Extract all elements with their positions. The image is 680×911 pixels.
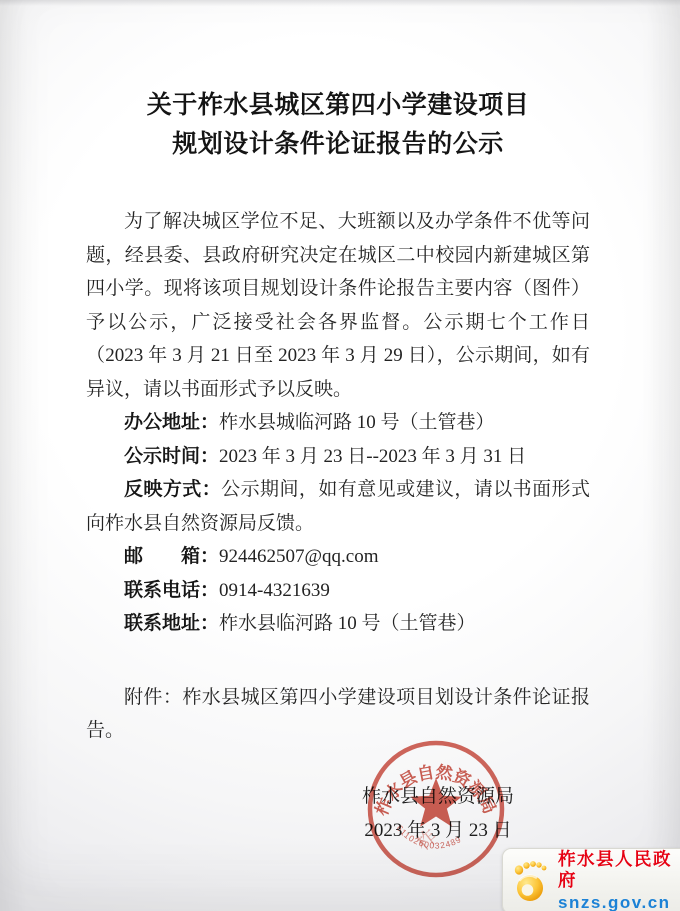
signature-date: 2023 年 3 月 23 日 (350, 814, 526, 848)
contact-address-label: 联系地址： (124, 613, 219, 634)
feedback-method-label: 反映方式： (124, 479, 221, 500)
office-address-value: 柞水县城临河路 10 号（土管巷） (219, 412, 495, 433)
title-line-2: 规划设计条件论证报告的公示 (172, 131, 504, 158)
scanned-notice-page: 关于柞水县城区第四小学建设项目 规划设计条件论证报告的公示 为了解决城区学位不足… (0, 0, 680, 911)
notice-title: 关于柞水县城区第四小学建设项目 规划设计条件论证报告的公示 (86, 86, 590, 164)
badge-site-domain: snzs.gov.cn (558, 892, 680, 911)
email-value: 924462507@qq.com (219, 546, 378, 567)
info-line-office-address: 办公地址：柞水县城临河路 10 号（土管巷） (86, 406, 590, 440)
info-line-feedback-method: 反映方式：公示期间，如有意见或建议，请以书面形式向柞水县自然资源局反馈。 (86, 473, 590, 540)
badge-site-name: 柞水县人民政府 (558, 849, 680, 893)
notice-content: 关于柞水县城区第四小学建设项目 规划设计条件论证报告的公示 为了解决城区学位不足… (0, 86, 680, 748)
phone-label: 联系电话： (124, 580, 219, 601)
title-line-1: 关于柞水县城区第四小学建设项目 (147, 92, 530, 119)
attachment-label: 附件： (124, 687, 182, 708)
signature-block: 柞水县自然资源局 2023 年 3 月 23 日 (350, 780, 526, 848)
info-line-publicity-period: 公示时间：2023 年 3 月 23 日--2023 年 3 月 31 日 (86, 440, 590, 474)
badge-text-block: 柞水县人民政府 snzs.gov.cn (558, 849, 680, 911)
info-line-contact-address: 联系地址：柞水县临河路 10 号（土管巷） (86, 607, 590, 641)
phone-value: 0914-4321639 (219, 580, 330, 601)
attachment-line: 附件：柞水县城区第四小学建设项目划设计条件论证报告。 (86, 681, 590, 748)
footprint-logo-icon (510, 857, 552, 905)
publicity-period-label: 公示时间： (124, 446, 219, 467)
signature-org: 柞水县自然资源局 (350, 780, 526, 814)
email-label: 邮 箱： (124, 546, 219, 567)
gov-site-badge[interactable]: 柞水县人民政府 snzs.gov.cn (502, 848, 680, 911)
info-line-email: 邮 箱：924462507@qq.com (86, 540, 590, 574)
contact-address-value: 柞水县临河路 10 号（土管巷） (219, 613, 476, 634)
publicity-period-value: 2023 年 3 月 23 日--2023 年 3 月 31 日 (219, 446, 526, 467)
info-line-phone: 联系电话：0914-4321639 (86, 574, 590, 608)
office-address-label: 办公地址： (124, 412, 219, 433)
notice-body-paragraph: 为了解决城区学位不足、大班额以及办学条件不优等问题，经县委、县政府研究决定在城区… (86, 205, 590, 406)
